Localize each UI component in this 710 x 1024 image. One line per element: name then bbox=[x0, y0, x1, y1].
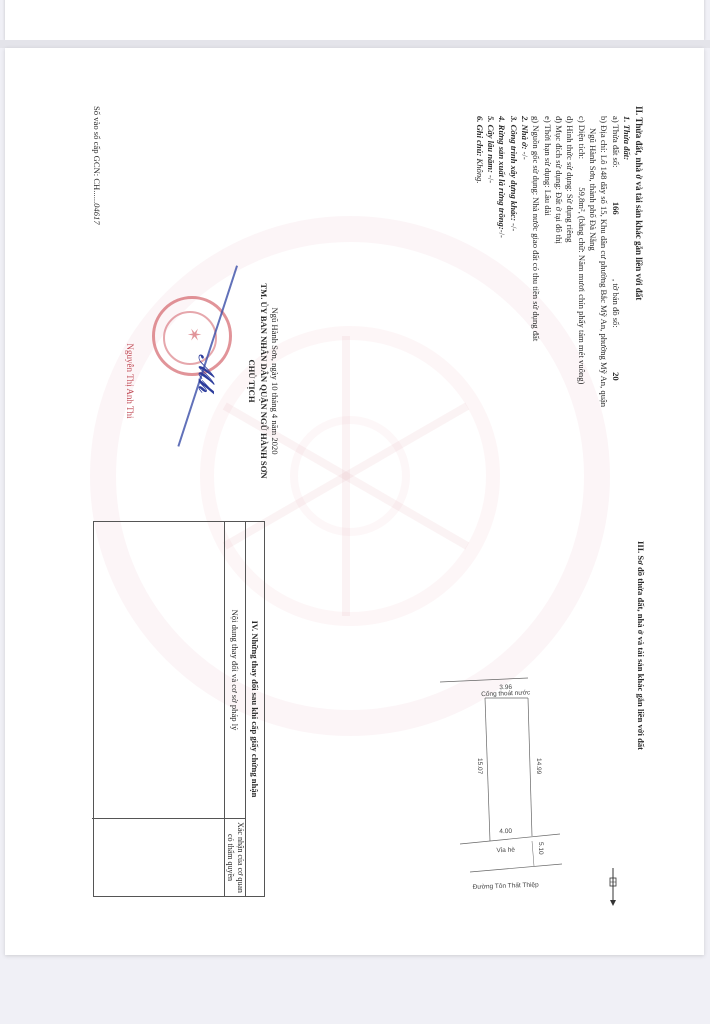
address-line-1: b) Địa chỉ: Lô 148 dãy số 15, Khu dân cư… bbox=[598, 106, 609, 536]
production-forest-value: -/- bbox=[497, 230, 507, 238]
registry-label: Số vào sổ cấp GCN: CH...... bbox=[92, 106, 102, 203]
area-label: c) Diện tích: bbox=[577, 116, 587, 159]
other-construction-row: 3. Công trình xây dựng khác: -/- bbox=[507, 106, 518, 536]
use-term: e) Thời hạn sử dụng: Lâu dài bbox=[541, 106, 552, 536]
production-forest-row: 4. Rừng sản xuất là rừng trồng:-/- bbox=[496, 106, 507, 536]
perennial-row: 5. Cây lâu năm: -/- bbox=[485, 106, 496, 536]
section-ii-heading: II. Thửa đất, nhà ở và tài sản khác gắn … bbox=[632, 106, 644, 536]
confirm-line-2: có thẩm quyền bbox=[225, 819, 235, 896]
other-construction-value: -/- bbox=[509, 221, 519, 231]
signature-icon: 𝓜𝓱 bbox=[191, 354, 220, 393]
use-purpose: đ) Mục đích sử dụng: Đất ở tại đô thị bbox=[553, 106, 564, 536]
other-construction-label: 3. Công trình xây dựng khác: bbox=[509, 116, 519, 221]
registry-number-row: Số vào sổ cấp GCN: CH......04617 bbox=[91, 106, 102, 225]
signature-block: Ngũ Hành Sơn, ngày 10 tháng 4 năm 2020 T… bbox=[246, 251, 280, 511]
plot-number-row: a) Thửa đất số: 166 , tờ bản đồ số: 20 bbox=[609, 106, 620, 536]
issuing-organization: TM. ỦY BAN NHÂN DÂN QUẬN NGŨ HÀNH SƠN bbox=[257, 251, 268, 511]
notes-value: Không. bbox=[475, 159, 485, 184]
changes-table: IV. Những thay đổi sau khi cấp giấy chứn… bbox=[93, 521, 265, 897]
previous-page bbox=[5, 0, 704, 40]
house-row: 2. Nhà ở: -/- bbox=[519, 106, 530, 536]
land-plot-heading: 1. Thửa đất: bbox=[621, 106, 632, 536]
confirmation-cell bbox=[92, 819, 224, 896]
confirm-line-1: Xác nhận của cơ quan bbox=[235, 819, 245, 896]
house-value: -/- bbox=[520, 150, 530, 160]
production-forest-label: 4. Rừng sản xuất là rừng trồng: bbox=[497, 116, 507, 230]
page-separator bbox=[0, 40, 710, 48]
perennial-value: -/- bbox=[486, 173, 496, 183]
watermark-ray bbox=[342, 476, 350, 616]
section-land-plot-info: II. Thửa đất, nhà ở và tài sản khác gắn … bbox=[473, 106, 644, 536]
area-value: 59,8m², (bằng chữ: Năm mươi chín phẩy tá… bbox=[577, 187, 587, 384]
right-side-dimension: 14.99 bbox=[533, 758, 542, 774]
use-form: d) Hình thức sử dụng: Sử dụng riêng bbox=[564, 106, 575, 536]
issue-date: Ngũ Hành Sơn, ngày 10 tháng 4 năm 2020 bbox=[269, 251, 280, 511]
plot-diagram: Cống thoát nước 3.96 14.99 15.07 4.00 Vỉ… bbox=[435, 676, 610, 906]
sidewalk-label: Vỉa hè bbox=[496, 847, 515, 856]
registry-number: 04617 bbox=[92, 203, 102, 224]
signer-name: Nguyễn Thị Anh Thi bbox=[123, 251, 135, 511]
area-row: c) Diện tích: 59,8m², (bằng chữ: Năm mươ… bbox=[575, 106, 586, 536]
sidewalk-width-dimension: 5.10 bbox=[535, 842, 544, 855]
notes-row: 6. Ghi chú: Không. bbox=[473, 106, 484, 536]
section-iii-heading: III. Sơ đồ thửa đất, nhà ở và tài sản kh… bbox=[635, 516, 646, 906]
house-label: 2. Nhà ở: bbox=[520, 116, 530, 150]
use-origin: g) Nguồn gốc sử dụng: Nhà nước giao đất … bbox=[530, 106, 541, 536]
document-page: II. Thửa đất, nhà ở và tài sản khác gắn … bbox=[5, 48, 704, 955]
left-side-dimension: 15.07 bbox=[474, 758, 483, 774]
table-header-row: Nội dung thay đổi và cơ sở pháp lý Xác n… bbox=[224, 522, 245, 896]
rotated-certificate: II. Thửa đất, nhà ở và tài sản khác gắn … bbox=[75, 96, 650, 916]
map-sheet-label: , tờ bản đồ số: bbox=[611, 279, 621, 328]
notes-label: 6. Ghi chú: bbox=[475, 116, 485, 156]
section-iv-heading: IV. Những thay đổi sau khi cấp giấy chứn… bbox=[245, 522, 264, 896]
signer-title: CHỦ TỊCH bbox=[246, 251, 257, 511]
watermark-ray bbox=[342, 336, 350, 476]
address-line-2: Ngũ Hành Sơn, thành phố Đà Nẵng bbox=[587, 106, 598, 536]
back-width-dimension: 3.96 bbox=[499, 684, 512, 693]
plot-number: 166 bbox=[611, 202, 621, 215]
perennial-label: 5. Cây lâu năm: bbox=[486, 116, 496, 173]
column-header-content: Nội dung thay đổi và cơ sở pháp lý bbox=[225, 522, 245, 819]
front-width-dimension: 4.00 bbox=[499, 828, 512, 837]
plot-number-label: a) Thửa đất số: bbox=[611, 116, 621, 168]
map-sheet-number: 20 bbox=[611, 372, 621, 381]
column-header-confirmation: Xác nhận của cơ quan có thẩm quyền bbox=[225, 819, 245, 896]
content-cell bbox=[92, 522, 224, 819]
table-body-row bbox=[92, 522, 224, 896]
